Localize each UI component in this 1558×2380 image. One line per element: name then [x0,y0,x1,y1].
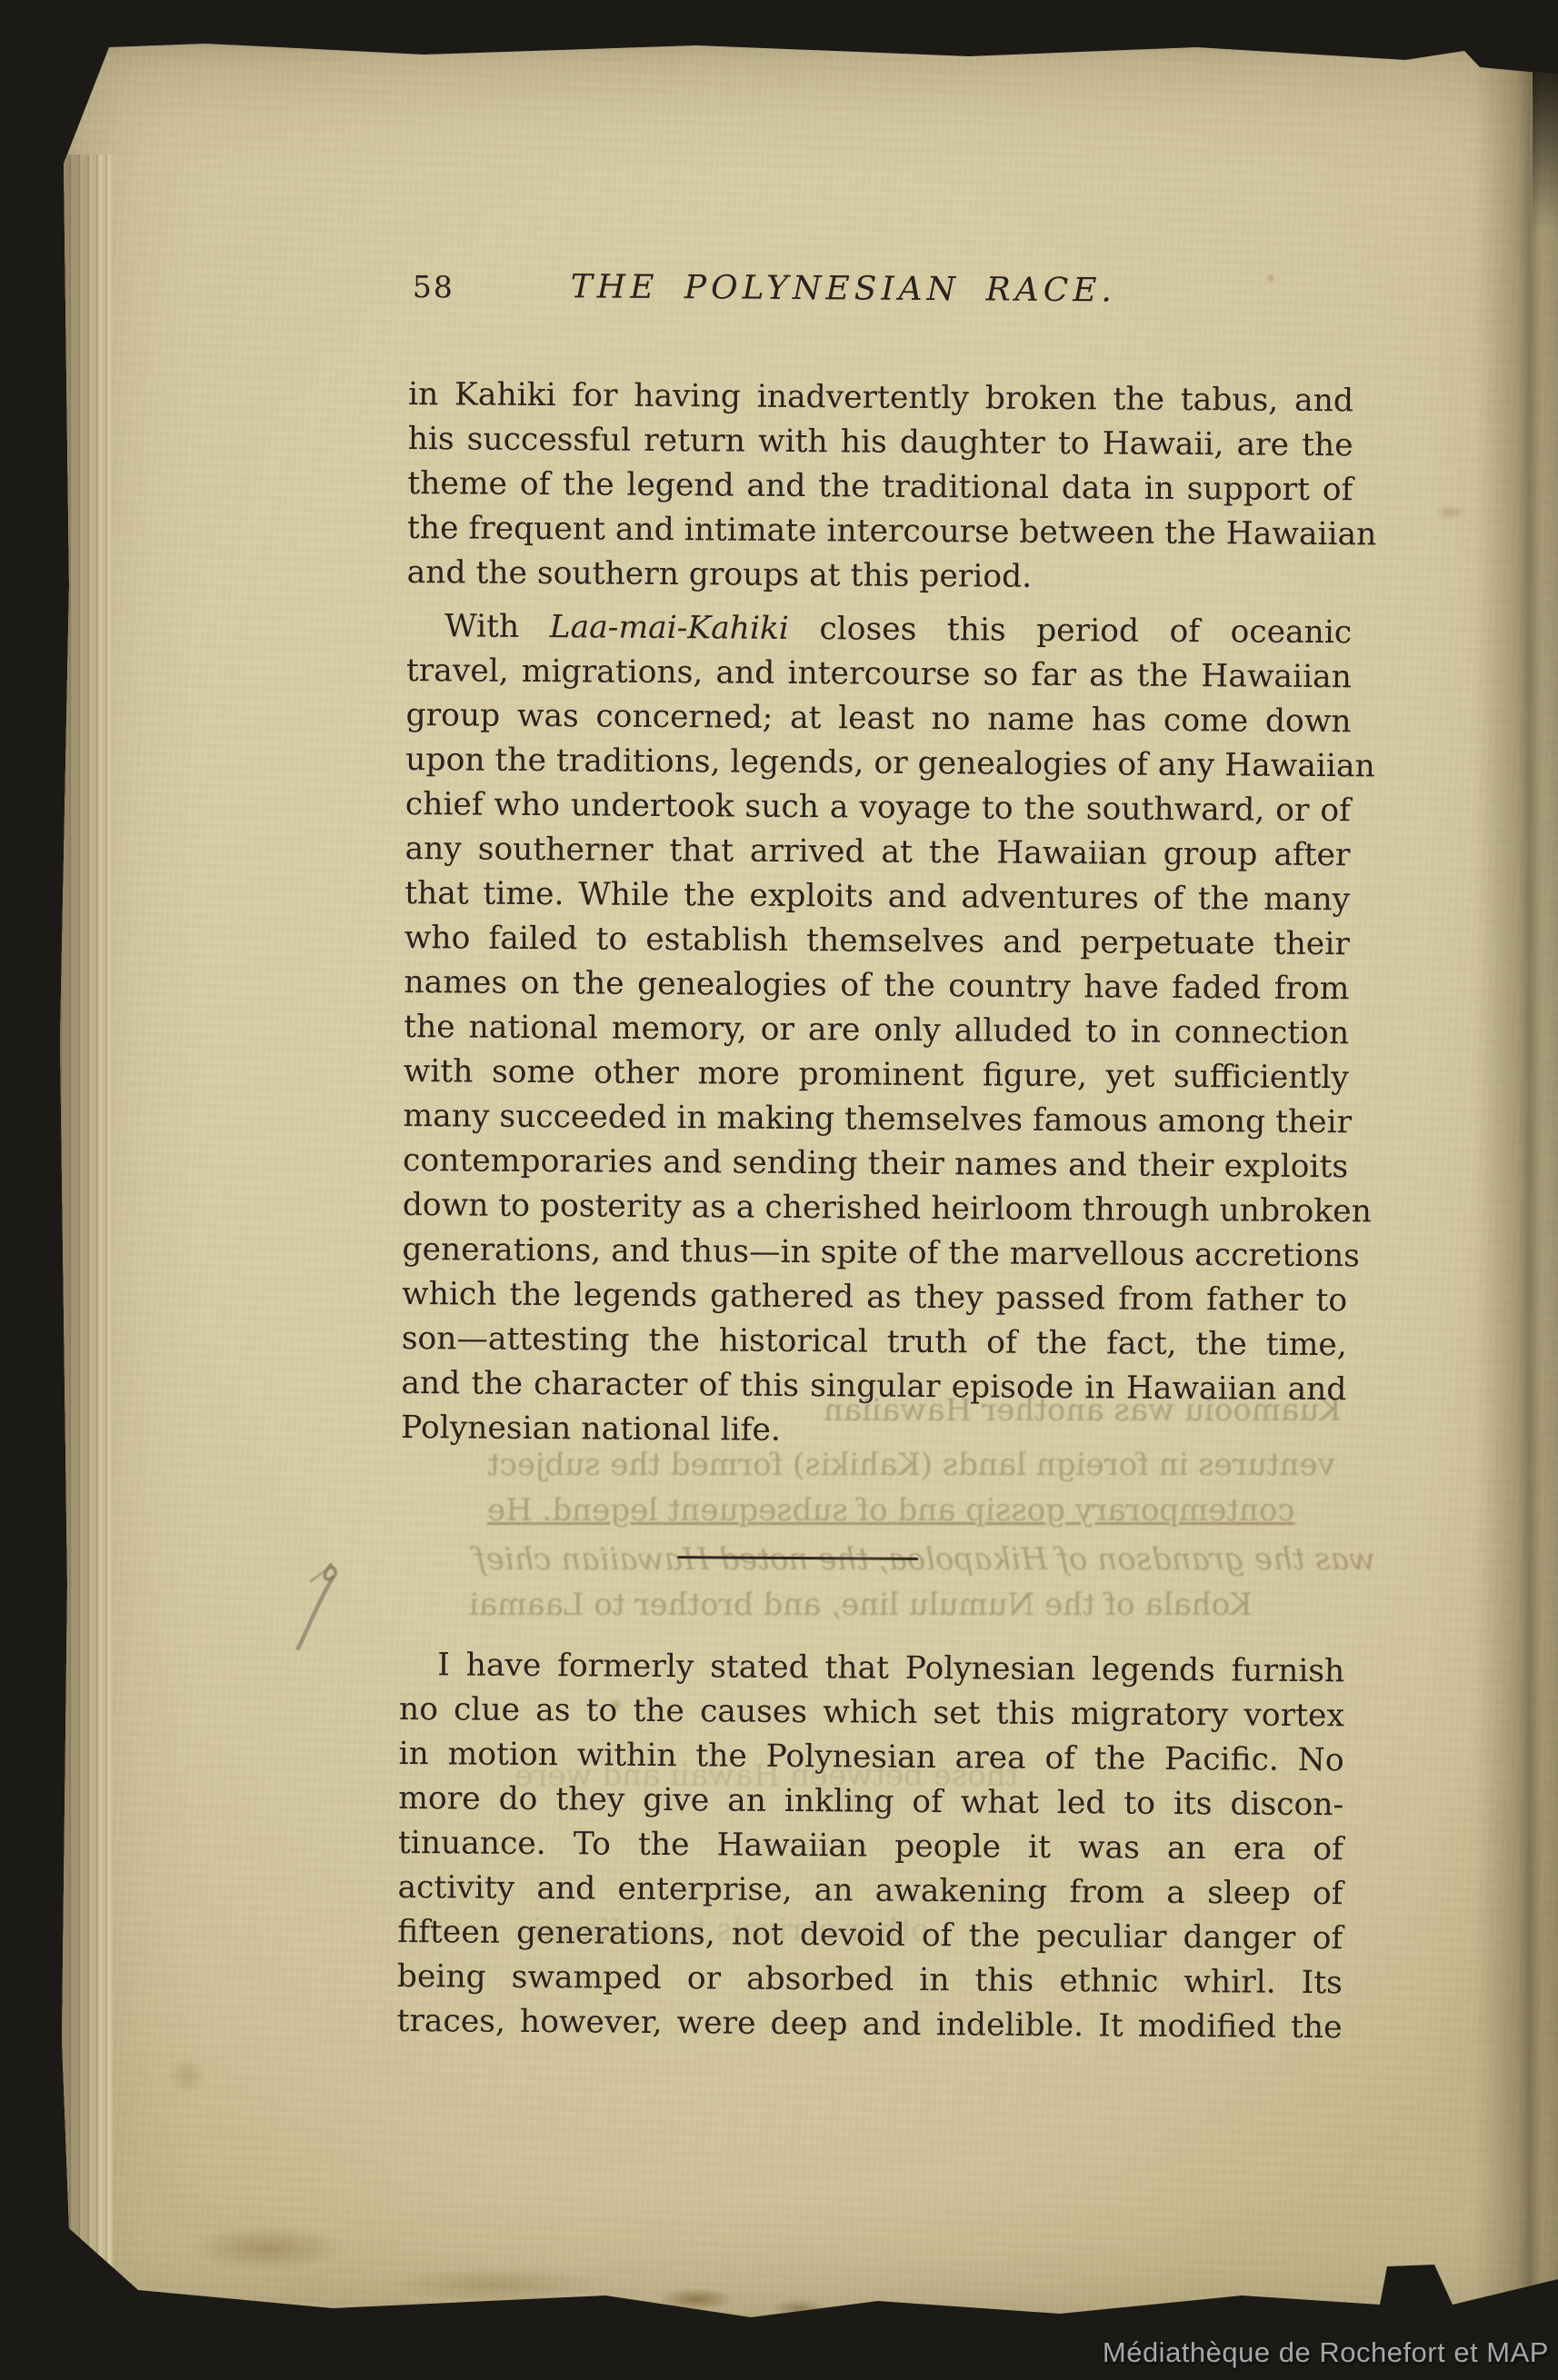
text-line: chief who undertook such a voyage to the… [405,782,1351,833]
text-line: many succeeded in making themselves famo… [403,1094,1348,1145]
text-line: contemporaries and sending their names a… [403,1139,1348,1190]
section-divider-rule [677,1556,918,1560]
library-watermark: Médiathèque de Rochefort et MAP [1103,2336,1549,2369]
text-line: tinuance. To the Hawaiian people it was … [398,1821,1343,1872]
scanner-background: Kuamooiu was another Hawaiian ventures i… [0,0,1558,2380]
paragraph-3: I have formerly stated that Polynesian l… [396,1643,1344,2050]
text-line: upon the traditions, legends, or genealo… [405,738,1351,789]
text-line: and the southern groups at this period. [406,551,1352,602]
book-page: Kuamooiu was another Hawaiian ventures i… [60,40,1558,2334]
text-line: down to posterity as a cherished heirloo… [403,1183,1348,1234]
text-line: the national memory, or are only alluded… [404,1005,1349,1056]
text-line: that time. While the exploits and advent… [404,871,1350,922]
text-line: in motion within the Polynesian area of … [398,1732,1343,1783]
running-header: 58 THE POLYNESIAN RACE. [408,267,1354,379]
text-line: activity and enterprise, an awakening fr… [397,1866,1343,1917]
paragraph-2-first-line: With Laa-mai-Kahiki closes this period o… [406,604,1352,655]
text-line: which the legends gathered as they passe… [402,1272,1347,1323]
text-line: and the character of this singular episo… [401,1361,1346,1412]
text-line: theme of the legend and the traditional … [407,462,1353,513]
text-line: group was concerned; at least no name ha… [405,693,1351,744]
text-line: his successful return with his daughter … [408,417,1353,468]
pencil-mark-annotation [284,1559,356,1659]
text-line: in Kahiki for having inadvertently broke… [408,373,1353,423]
paragraph-1: in Kahiki for having inadvertently broke… [406,373,1353,602]
text-line: generations, and thus—in spite of the ma… [402,1228,1347,1279]
printed-content: 58 THE POLYNESIAN RACE. in Kahiki for ha… [396,267,1354,2050]
text-line: who failed to establish themselves and p… [404,916,1350,967]
italic-term: Laa-mai-Kahiki [550,609,789,647]
text-line: I have formerly stated that Polynesian l… [399,1643,1344,1694]
text-line: fifteen generations, not devoid of the p… [397,1910,1343,1961]
text-line: no clue as to the causes which set this … [399,1688,1344,1738]
text-line: son—attesting the historical truth of th… [402,1317,1347,1368]
text-line: traces, however, were deep and indelible… [396,1999,1342,2050]
text-line: with some other more prominent figure, y… [404,1050,1349,1100]
text-line: Polynesian national life. [401,1406,1346,1457]
page-edge-stack [60,154,113,2292]
gutter-top-shadow [1533,40,1558,231]
text-line: names on the genealogies of the country … [404,961,1349,1011]
body-text: in Kahiki for having inadvertently broke… [396,373,1353,2050]
gutter-crease-shadow [1474,40,1558,2334]
text-line: being swamped or absorbed in this ethnic… [397,1955,1343,2006]
text-line: any southerner that arrived at the Hawai… [404,827,1350,878]
running-title: THE POLYNESIAN RACE. [409,267,1278,311]
paragraph-2: travel, migrations, and intercourse so f… [401,649,1352,1457]
text-line: more do they give an inkling of what led… [398,1777,1343,1827]
text-segment: closes this period of oceanic [789,611,1353,651]
text-line: travel, migrations, and intercourse so f… [406,649,1352,700]
text-segment: With [444,608,550,645]
text-line: the frequent and intimate intercourse be… [407,506,1353,557]
